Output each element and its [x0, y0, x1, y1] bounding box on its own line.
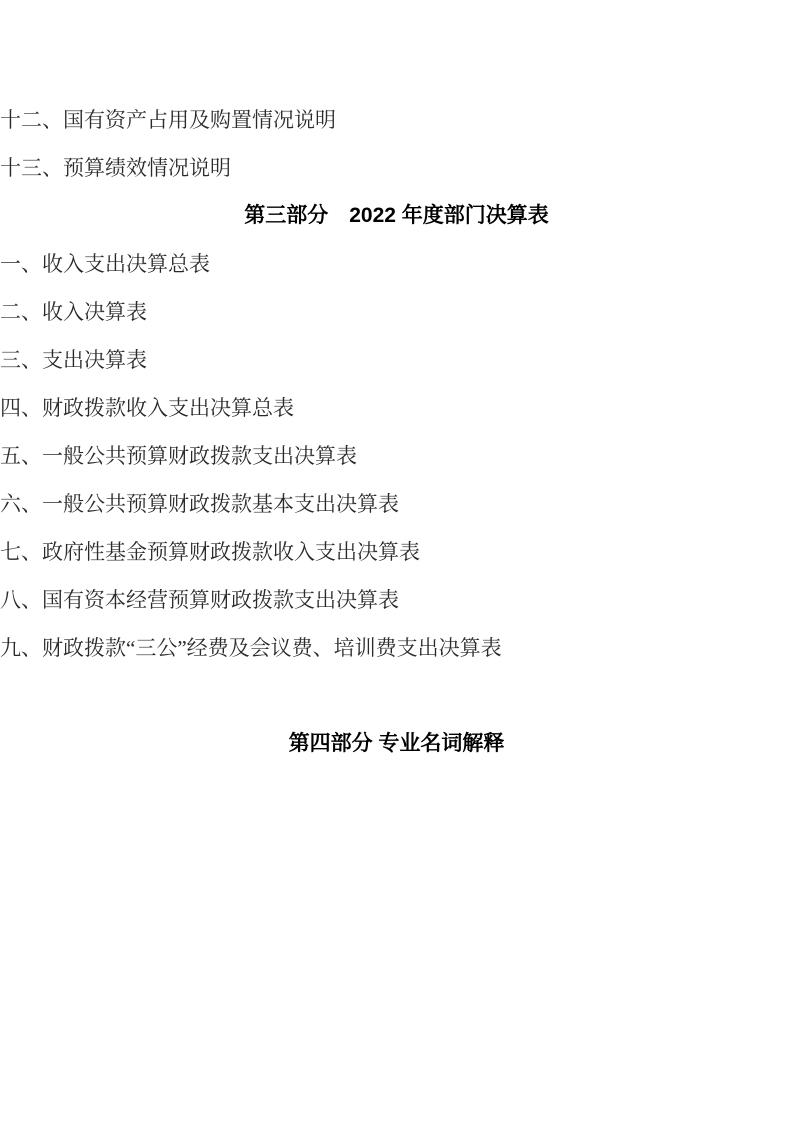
table-of-contents: 十二、国有资产占用及购置情况说明 十三、预算绩效情况说明 第三部分 2022 年…: [0, 0, 793, 768]
toc-item-section3-2: 二、收入决算表: [0, 288, 793, 336]
toc-item-section3-1: 一、收入支出决算总表: [0, 240, 793, 288]
toc-item-section3-3: 三、支出决算表: [0, 336, 793, 384]
section4-heading: 第四部分 专业名词解释: [0, 720, 793, 768]
document-page: 十二、国有资产占用及购置情况说明 十三、预算绩效情况说明 第三部分 2022 年…: [0, 0, 793, 1122]
toc-item-section3-9: 九、财政拨款“三公”经费及会议费、培训费支出决算表: [0, 624, 793, 672]
section3-heading: 第三部分 2022 年度部门决算表: [0, 192, 793, 240]
toc-item-section3-8: 八、国有资本经营预算财政拨款支出决算表: [0, 576, 793, 624]
toc-item-12: 十二、国有资产占用及购置情况说明: [0, 96, 793, 144]
toc-item-13: 十三、预算绩效情况说明: [0, 144, 793, 192]
toc-item-section3-6: 六、一般公共预算财政拨款基本支出决算表: [0, 480, 793, 528]
toc-item-section3-5: 五、一般公共预算财政拨款支出决算表: [0, 432, 793, 480]
toc-item-section3-4: 四、财政拨款收入支出决算总表: [0, 384, 793, 432]
toc-item-section3-7: 七、政府性基金预算财政拨款收入支出决算表: [0, 528, 793, 576]
